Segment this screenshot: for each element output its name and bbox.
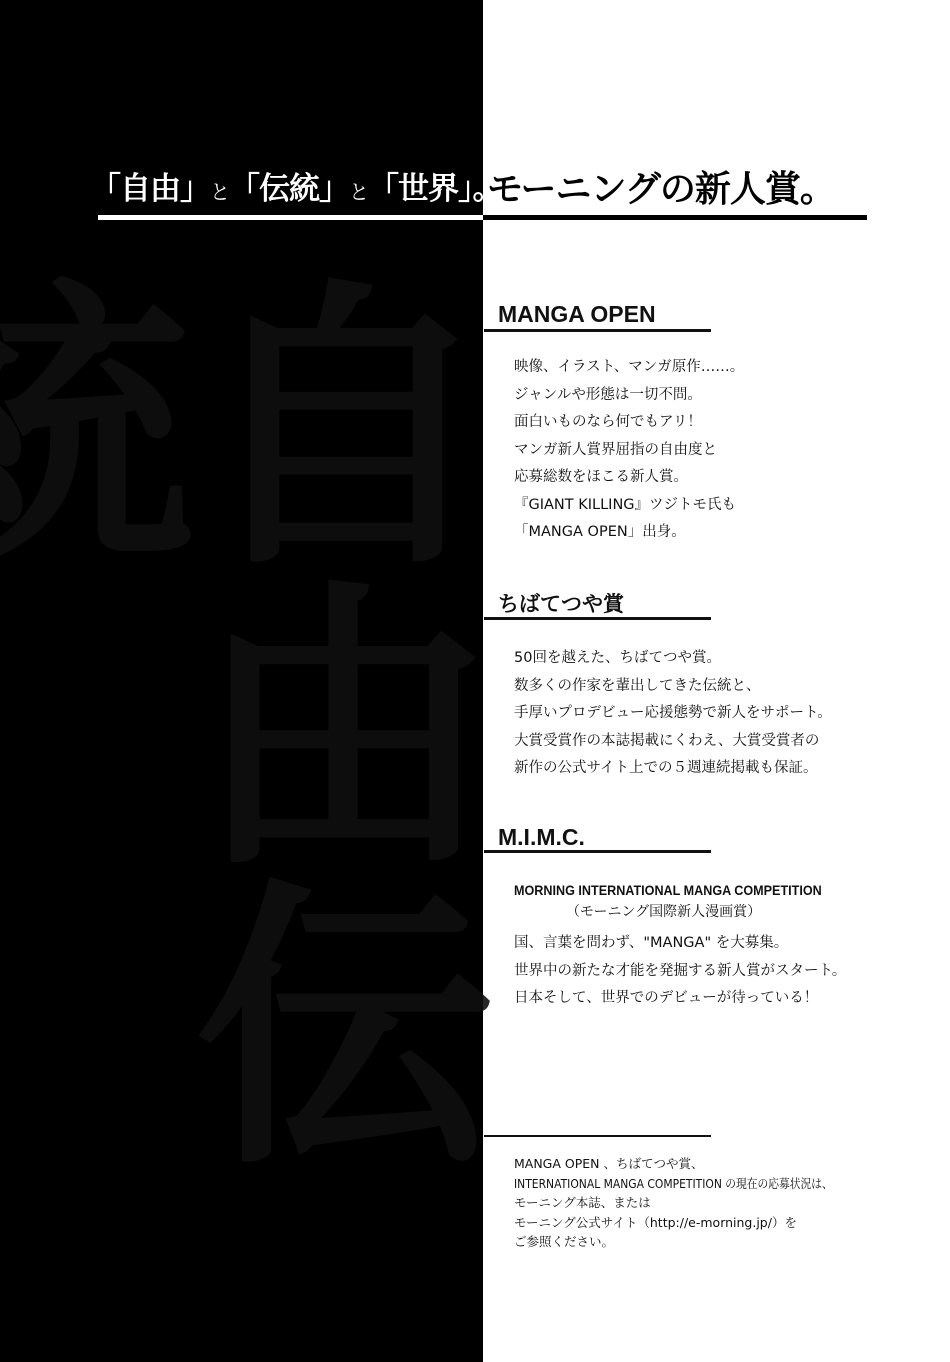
body-line: 『GIANT KILLING』ツジトモ氏も	[514, 492, 744, 520]
body-line: 50回を越えた、ちばてつや賞。	[514, 645, 832, 673]
mimc-subtitle-en: MORNING INTERNATIONAL MANGA COMPETITION	[514, 880, 822, 900]
section-heading-chiba-tetsuya: ちばてつや賞	[498, 589, 624, 619]
title-underline-white	[98, 215, 483, 220]
body-line: 手厚いプロデビュー応援態勢で新人をサポート。	[514, 700, 832, 728]
section-body-mimc: 国、言葉を問わず、"MANGA" を大募集。 世界中の新たな才能を発掘する新人賞…	[514, 930, 846, 1013]
body-line: 映像、イラスト、マンガ原作……。	[514, 354, 744, 382]
title-underline-black	[483, 215, 867, 220]
body-line: 応募総数をほこる新人賞。	[514, 464, 744, 492]
body-line: 「MANGA OPEN」出身。	[514, 519, 744, 547]
section-divider	[484, 850, 711, 853]
body-line: 大賞受賞作の本誌掲載にくわえ、大賞受賞者の	[514, 728, 832, 756]
footer-line: ご参照ください。	[514, 1232, 885, 1252]
title-part-jiyu: 「自由」	[90, 171, 210, 207]
footer-line: モーニング公式サイト（http://e-morning.jp/）を	[514, 1213, 885, 1233]
footer-line: INTERNATIONAL MANGA COMPETITION の現在の応募状況…	[514, 1174, 833, 1194]
section-divider	[484, 329, 711, 332]
footer-line: モーニング本誌、または	[514, 1193, 885, 1213]
footer-line: MANGA OPEN 、ちばてつや賞、	[514, 1154, 885, 1174]
section-heading-manga-open: MANGA OPEN	[498, 299, 656, 329]
body-line: 新作の公式サイト上での５週連続掲載も保証。	[514, 755, 832, 783]
title-part-sekai: 「世界」。	[368, 171, 503, 207]
body-line: 世界中の新たな才能を発掘する新人賞がスタート。	[514, 958, 846, 986]
title-part-to-2: と	[349, 180, 368, 204]
footer-note: MANGA OPEN 、ちばてつや賞、 INTERNATIONAL MANGA …	[514, 1154, 885, 1252]
mimc-subtitle-jp: （モーニング国際新人漫画賞）	[566, 902, 761, 922]
section-body-chiba-tetsuya: 50回を越えた、ちばてつや賞。 数多くの作家を輩出してきた伝統と、 手厚いプロデ…	[514, 645, 832, 783]
page-title-right: モーニングの新人賞。	[487, 166, 877, 212]
body-line: 面白いものなら何でもアリ！	[514, 409, 744, 437]
page-title-left: 「自由」と「伝統」と「世界」。	[90, 166, 482, 212]
body-line: 国、言葉を問わず、"MANGA" を大募集。	[514, 930, 846, 958]
section-heading-mimc: M.I.M.C.	[498, 822, 585, 852]
section-divider	[484, 617, 711, 620]
body-line: 数多くの作家を輩出してきた伝統と、	[514, 673, 832, 701]
body-line: マンガ新人賞界屈指の自由度と	[514, 437, 744, 465]
footer-divider	[484, 1135, 711, 1137]
section-body-manga-open: 映像、イラスト、マンガ原作……。 ジャンルや形態は一切不問。 面白いものなら何で…	[514, 354, 744, 547]
body-line: 日本そして、世界でのデビューが待っている！	[514, 985, 846, 1013]
ghost-background-text: 自由伝統	[170, 270, 470, 1362]
body-line: ジャンルや形態は一切不問。	[514, 382, 744, 410]
title-part-to-1: と	[210, 180, 229, 204]
title-part-dento: 「伝統」	[229, 171, 349, 207]
